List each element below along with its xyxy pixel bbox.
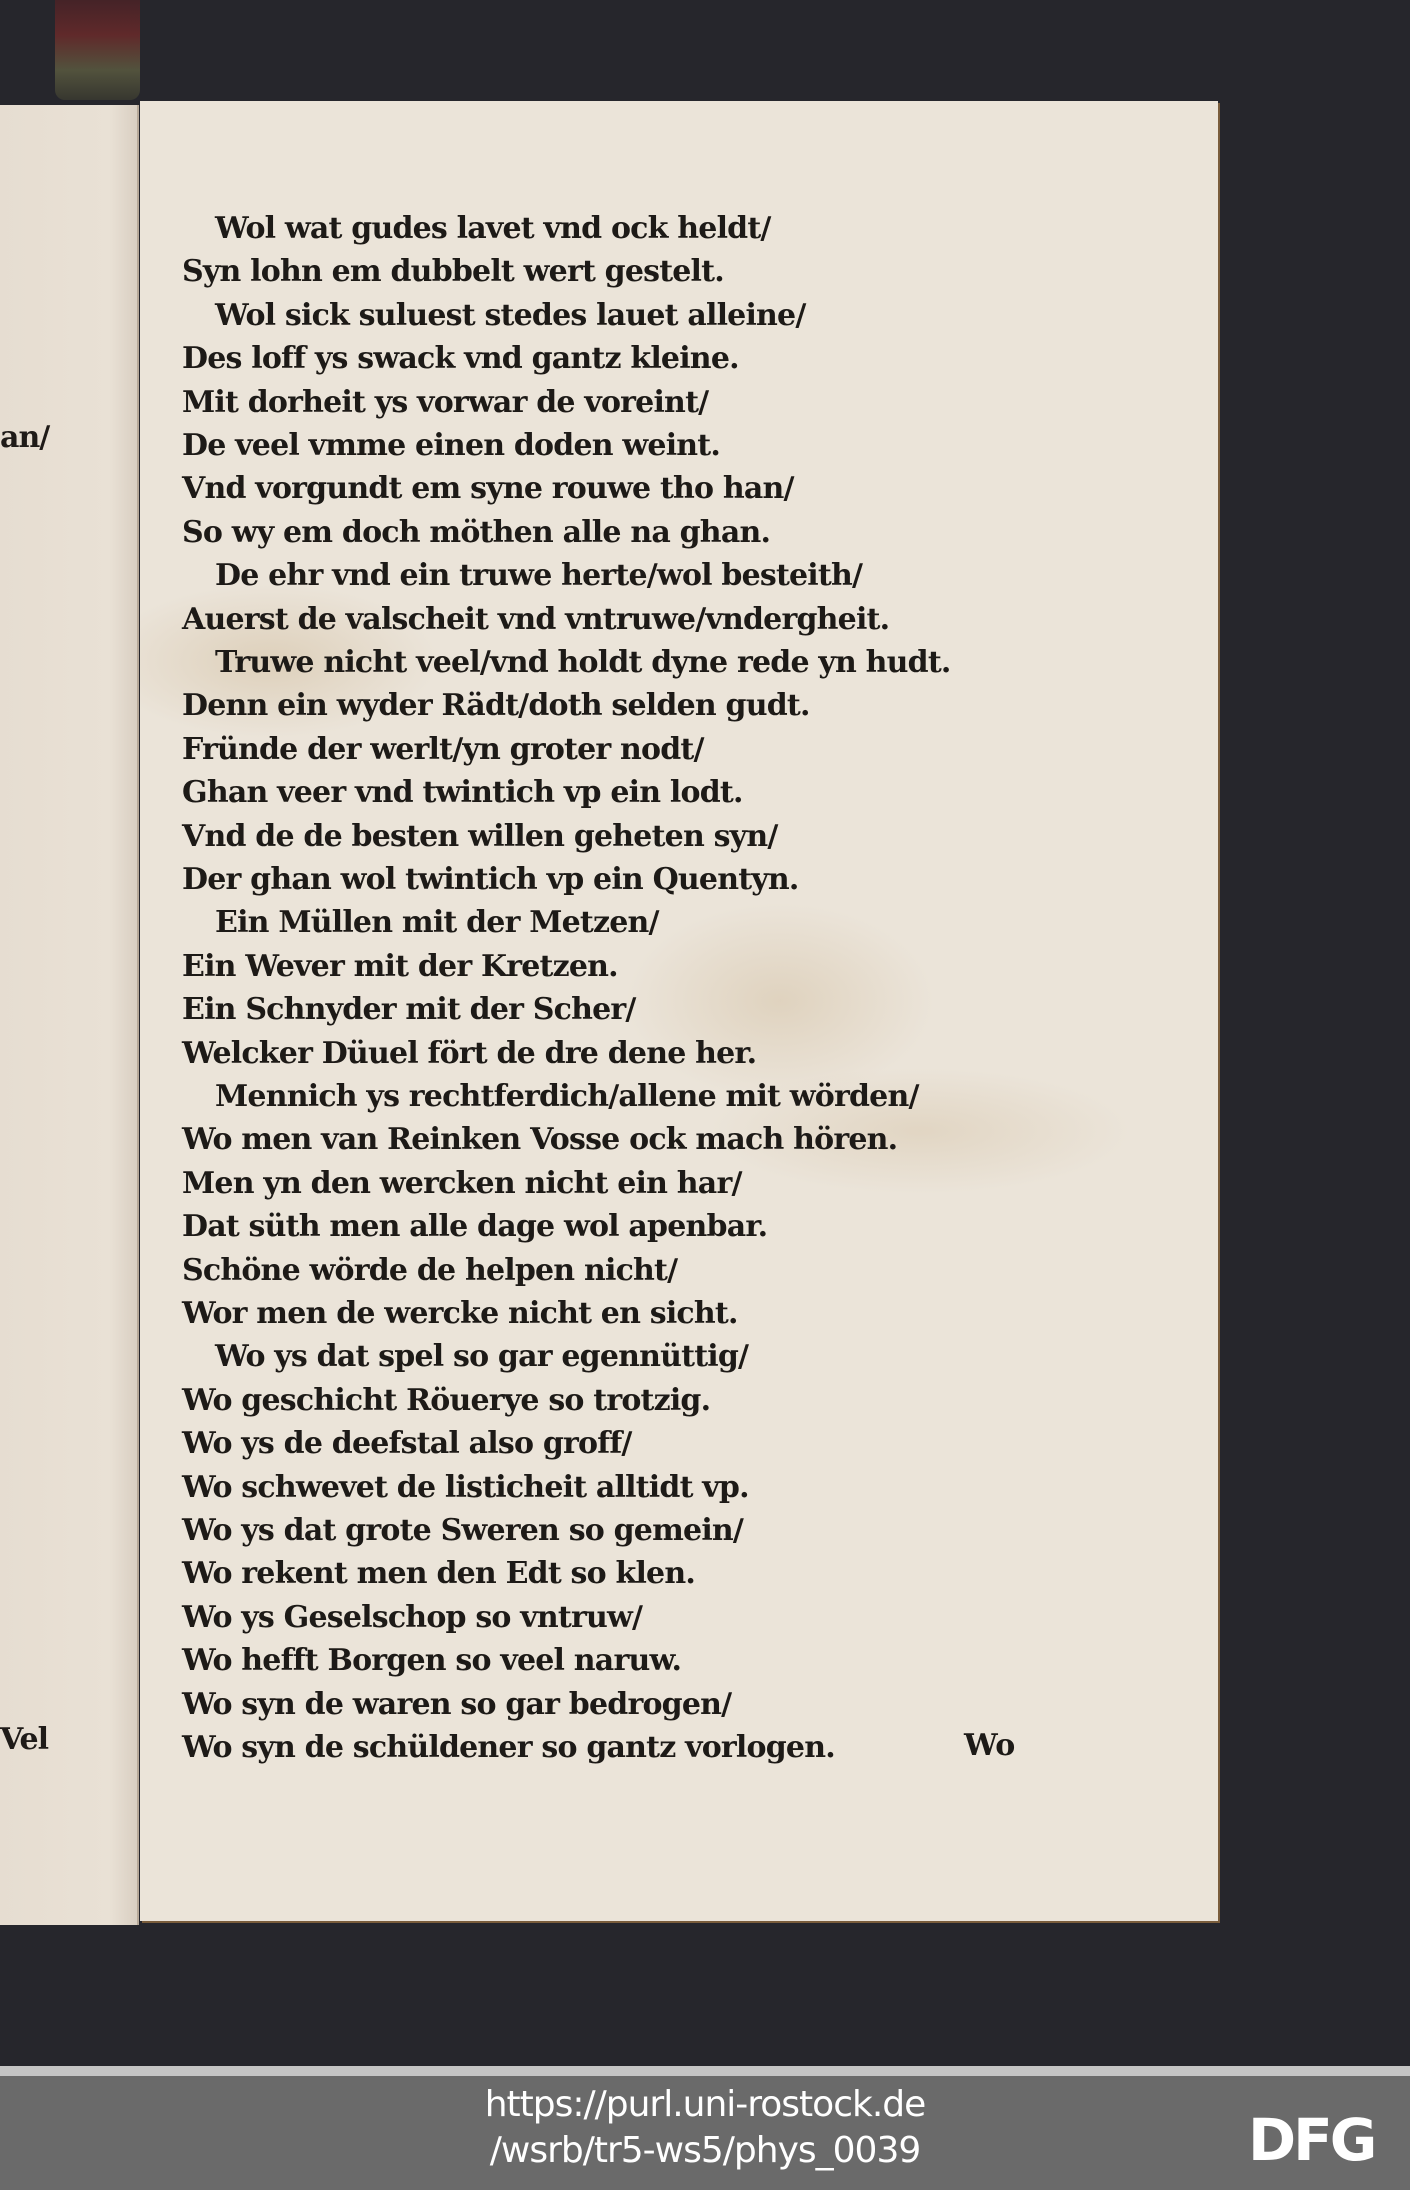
poem-line: Ein Wever mit der Kretzen. [182,947,618,987]
poem-line: Fründe der werlt/yn groter nodt/ [182,730,704,770]
poem-line: Wo hefft Borgen so veel naruw. [182,1641,681,1681]
poem-line: Wor men de wercke nicht en sicht. [182,1294,738,1334]
poem-line: Wo ys de deefstal also groff/ [182,1424,632,1464]
dfg-logo: DFG [1248,2110,1374,2170]
poem-line: Mennich ys rechtferdich/allene mit wörde… [215,1077,919,1117]
poem-line: De ehr vnd ein truwe herte/wol besteith/ [215,556,862,596]
poem-line: Vnd vorgundt em syne rouwe tho han/ [182,469,794,509]
left-page: an/ Vel [0,105,139,1925]
poem-line: Dat süth men alle dage wol apenbar. [182,1207,767,1247]
catchword: Wo [964,1728,1015,1763]
permalink-line-2[interactable]: /wsrb/tr5-ws5/phys_0039 [0,2130,1410,2171]
poem-line: Wo ys dat grote Sweren so gemein/ [182,1511,743,1551]
poem-line: Wo rekent men den Edt so klen. [182,1554,695,1594]
poem-line: Wol sick suluest stedes lauet alleine/ [215,296,806,336]
poem-line: Schöne wörde de helpen nicht/ [182,1251,677,1291]
poem-line: Vnd de de besten willen geheten syn/ [182,817,778,857]
poem-line: Des loff ys swack vnd gantz kleine. [182,339,739,379]
poem-line: Wol wat gudes lavet vnd ock heldt/ [215,209,771,249]
poem-line: Wo syn de schüldener so gantz vorlogen. [182,1728,835,1768]
left-page-fragment: an/ [0,420,49,455]
poem-line: Wo ys dat spel so gar egennüttig/ [215,1337,748,1377]
poem-line: De veel vmme einen doden weint. [182,426,720,466]
poem-line: Wo geschicht Röuerye so trotzig. [182,1381,710,1421]
poem-line: Men yn den wercken nicht ein har/ [182,1164,742,1204]
poem-line: Ein Müllen mit der Metzen/ [215,903,659,943]
poem-line: Mit dorheit ys vorwar de voreint/ [182,383,708,423]
footer-divider [0,2066,1410,2076]
poem-line: Wo ys Geselschop so vntruw/ [182,1598,642,1638]
poem-line: Wo syn de waren so gar bedrogen/ [182,1685,731,1725]
poem-line: So wy em doch möthen alle na ghan. [182,513,770,553]
poem-line: Ein Schnyder mit der Scher/ [182,990,636,1030]
poem-line: Wo schwevet de listicheit alltidt vp. [182,1468,749,1508]
poem-line: Denn ein wyder Rädt/doth selden gudt. [182,686,810,726]
poem-line: Syn lohn em dubbelt wert gestelt. [182,252,724,292]
poem-line: Auerst de valscheit vnd vntruwe/vnderghe… [182,600,889,640]
poem-line: Welcker Düuel fört de dre dene her. [182,1034,756,1074]
book-binding-ornament [55,0,140,100]
poem-line: Wo men van Reinken Vosse ock mach hören. [182,1120,897,1160]
poem-line: Truwe nicht veel/vnd holdt dyne rede yn … [215,643,951,683]
poem-line: Ghan veer vnd twintich vp ein lodt. [182,773,743,813]
poem-text-block: Wol wat gudes lavet vnd ock heldt/Syn lo… [140,101,1218,1921]
permalink-line-1[interactable]: https://purl.uni-rostock.de [0,2084,1410,2125]
left-page-fragment: Vel [0,1722,48,1757]
right-page: Wol wat gudes lavet vnd ock heldt/Syn lo… [140,101,1218,1921]
poem-line: Der ghan wol twintich vp ein Quentyn. [182,860,799,900]
